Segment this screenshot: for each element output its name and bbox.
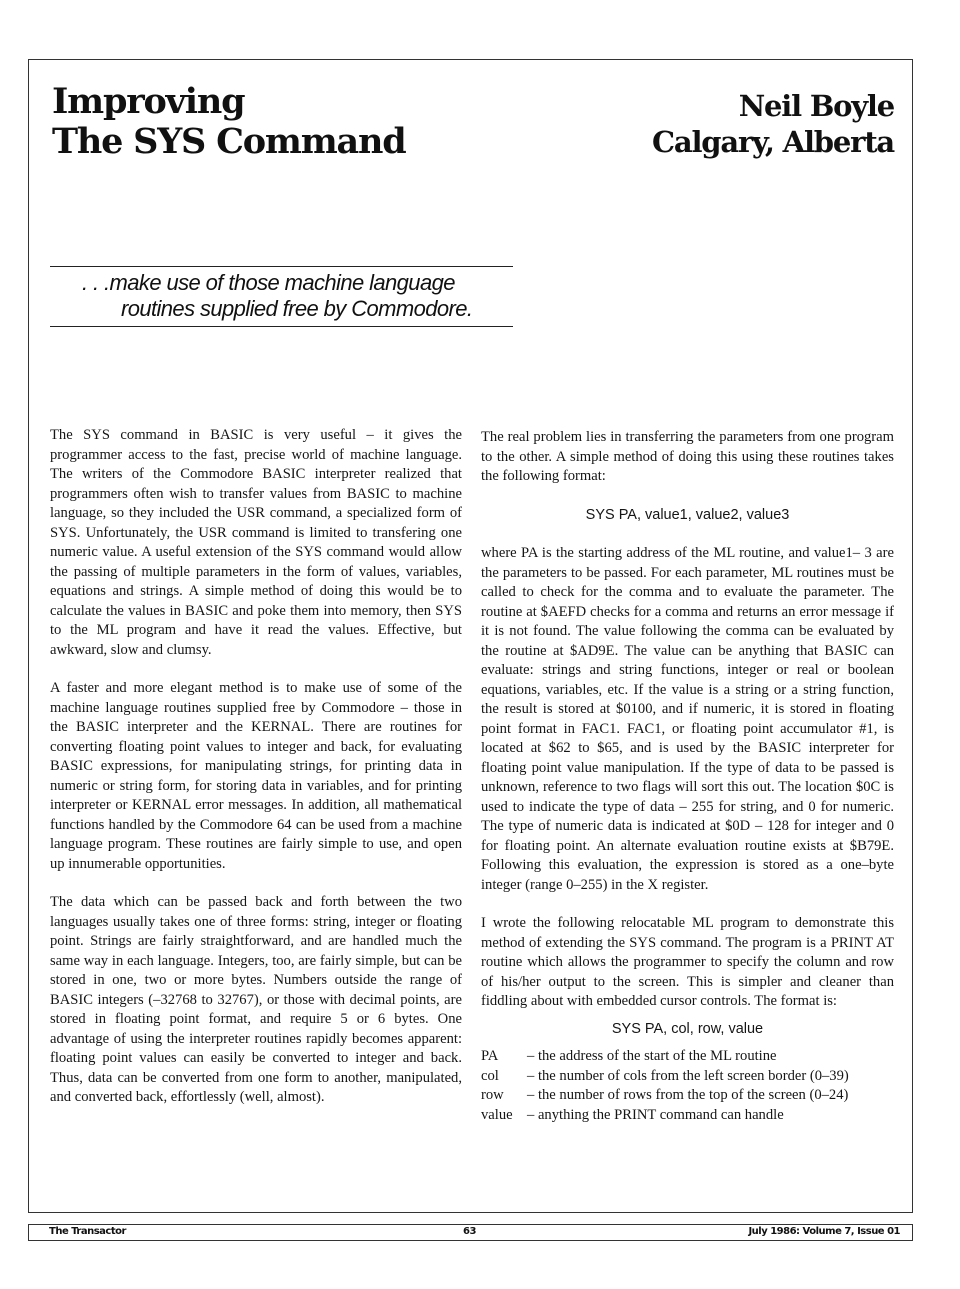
paragraph: The real problem lies in transferring th… <box>481 428 894 487</box>
byline: Neil Boyle Calgary, Alberta <box>652 88 894 160</box>
paragraph: where PA is the starting address of the … <box>481 544 894 895</box>
definition-item: row – the number of rows from the top of… <box>481 1086 894 1106</box>
definition-term: PA <box>481 1047 527 1067</box>
definition-item: value – anything the PRINT command can h… <box>481 1106 894 1126</box>
publication-name: The Transactor <box>49 1225 126 1239</box>
sys-format-formula: SYS PA, value1, value2, value3 <box>481 506 894 526</box>
page-number: 63 <box>463 1225 476 1239</box>
definition-term: col <box>481 1067 527 1087</box>
parameter-definitions: PA – the address of the start of the ML … <box>481 1047 894 1125</box>
deck-line-2: routines supplied free by Commodore. <box>50 296 513 322</box>
definition-desc: – the number of cols from the left scree… <box>527 1067 894 1087</box>
title-line-2: The SYS Command <box>52 122 406 162</box>
paragraph: I wrote the following relocatable ML pro… <box>481 914 894 1012</box>
paragraph: The SYS command in BASIC is very useful … <box>50 426 462 660</box>
definition-term: row <box>481 1086 527 1106</box>
deck-bottom-rule <box>50 326 513 327</box>
paragraph: The data which can be passed back and fo… <box>50 893 462 1108</box>
author-location: Calgary, Alberta <box>652 124 894 160</box>
definition-term: value <box>481 1106 527 1126</box>
print-at-formula: SYS PA, col, row, value <box>481 1020 894 1040</box>
definition-desc: – the number of rows from the top of the… <box>527 1086 894 1106</box>
left-column: The SYS command in BASIC is very useful … <box>50 426 462 1127</box>
right-column: The real problem lies in transferring th… <box>481 428 894 1125</box>
paragraph: A faster and more elegant method is to m… <box>50 679 462 874</box>
deck-line-1: . . .make use of those machine language <box>50 270 513 296</box>
article-deck: . . .make use of those machine language … <box>50 270 513 322</box>
page-footer: The Transactor 63 July 1986: Volume 7, I… <box>28 1224 913 1241</box>
definition-item: col – the number of cols from the left s… <box>481 1067 894 1087</box>
title-line-1: Improving <box>52 82 406 122</box>
definition-desc: – the address of the start of the ML rou… <box>527 1047 894 1067</box>
definition-item: PA – the address of the start of the ML … <box>481 1047 894 1067</box>
definition-desc: – anything the PRINT command can handle <box>527 1106 894 1126</box>
article-title: Improving The SYS Command <box>52 82 406 162</box>
issue-info: July 1986: Volume 7, Issue 01 <box>748 1225 900 1239</box>
deck-top-rule <box>50 266 513 267</box>
author-name: Neil Boyle <box>652 88 894 124</box>
